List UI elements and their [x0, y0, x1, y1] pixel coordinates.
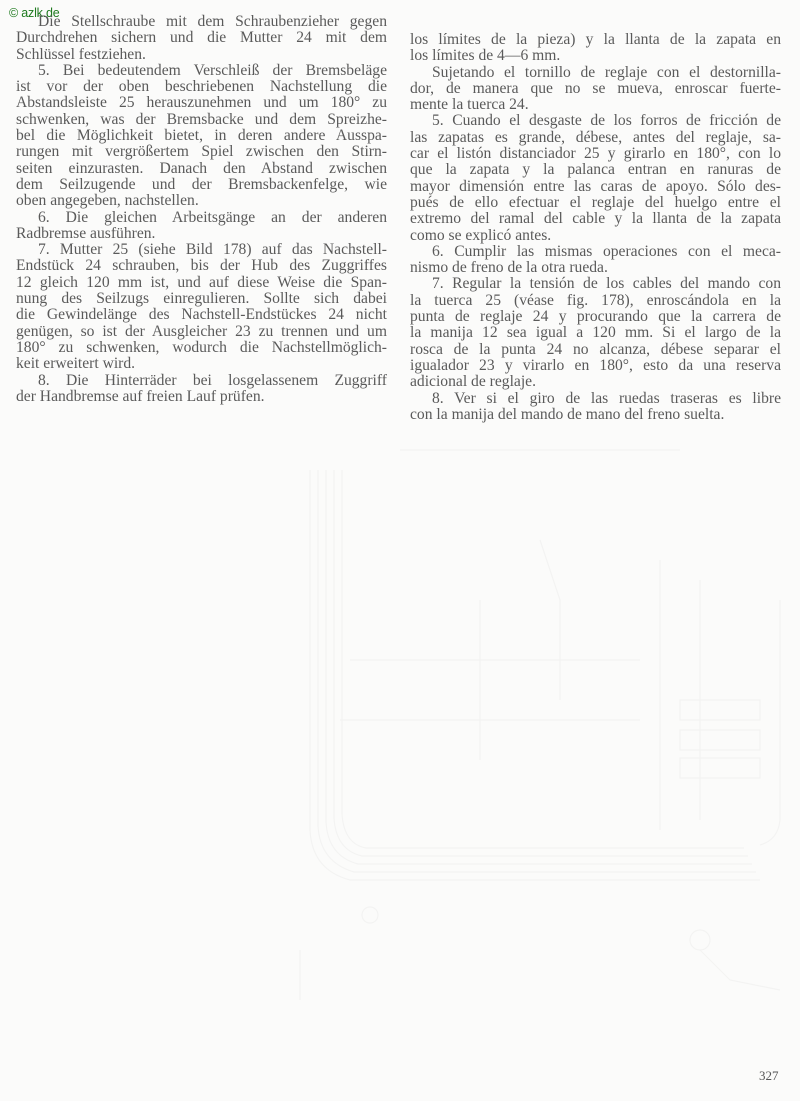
text-line: adicional de reglaje. — [410, 374, 781, 390]
text-line: ist vor der oben beschriebenen Nachstell… — [16, 79, 387, 95]
text-line: mayor dimensión entre las caras de apoyo… — [410, 179, 781, 195]
text-line: schwenken, was der Bremsbacke und dem Sp… — [16, 112, 387, 128]
text-line: Abstandsleiste 25 herauszunehmen und um … — [16, 95, 387, 111]
text-line: la manija 12 sea igual a 120 mm. Si el l… — [410, 325, 781, 341]
text-line: dem Seilzugende und der Bremsbackenfelge… — [16, 177, 387, 193]
text-line: nung des Seilzugs einregulieren. Sollte … — [16, 291, 387, 307]
text-line: los límites de la pieza) y la llanta de … — [410, 32, 781, 48]
text-line: keit erweitert wird. — [16, 356, 387, 372]
text-line: 8. Ver si el giro de las ruedas traseras… — [410, 391, 781, 407]
text-line: 6. Die gleichen Arbeitsgänge an der ande… — [16, 210, 387, 226]
text-line: punta de reglaje 24 y procurando que la … — [410, 309, 781, 325]
text-line: con la manija del mando de mano del fren… — [410, 407, 781, 423]
text-line: rungen mit vergrößertem Spiel zwischen d… — [16, 144, 387, 160]
text-line: pués de ello efectuar el reglaje del hue… — [410, 195, 781, 211]
german-column: Die Stellschraube mit dem Schraubenziehe… — [16, 14, 387, 405]
text-line: dor, de manera que no se mueva, enroscar… — [410, 81, 781, 97]
text-line: la tuerca 25 (véase fig. 178), enroscánd… — [410, 293, 781, 309]
text-line: der Handbremse auf freien Lauf prüfen. — [16, 389, 387, 405]
spanish-column: los límites de la pieza) y la llanta de … — [410, 32, 781, 423]
text-line: las zapatas es grande, débese, antes del… — [410, 130, 781, 146]
text-line: Durchdrehen sichern und die Mutter 24 mi… — [16, 30, 387, 46]
text-line: como se explicó antes. — [410, 228, 781, 244]
text-line: car el listón distanciador 25 y girarlo … — [410, 146, 781, 162]
text-line: seiten einzurasten. Danach den Abstand z… — [16, 161, 387, 177]
text-line: mente la tuerca 24. — [410, 97, 781, 113]
text-line: extremo del ramal del cable y la llanta … — [410, 211, 781, 227]
text-line: que la zapata y la palanca entran en ran… — [410, 162, 781, 178]
text-line: rosca de la punta 24 no alcanza, débese … — [410, 342, 781, 358]
text-line: oben angegeben, nachstellen. — [16, 193, 387, 209]
text-line: genügen, so ist der Ausgleicher 23 zu tr… — [16, 324, 387, 340]
text-line: 180° zu schwenken, wodurch die Nachstell… — [16, 340, 387, 356]
text-line: Sujetando el tornillo de reglaje con el … — [410, 65, 781, 81]
text-line: 12 gleich 120 mm ist, und auf diese Weis… — [16, 275, 387, 291]
text-line: Schlüssel festziehen. — [16, 47, 387, 63]
text-line: bel die Möglichkeit bietet, in deren and… — [16, 128, 387, 144]
text-line: igualador 23 y virarlo en 180°, esto da … — [410, 358, 781, 374]
page-number: 327 — [759, 1068, 779, 1084]
text-line: Endstück 24 schrauben, bis der Hub des Z… — [16, 258, 387, 274]
text-line: Die Stellschraube mit dem Schraubenziehe… — [16, 14, 387, 30]
text-line: 8. Die Hinterräder bei losgelassenem Zug… — [16, 373, 387, 389]
text-line: 5. Cuando el desgaste de los forros de f… — [410, 113, 781, 129]
text-line: nismo de freno de la otra rueda. — [410, 260, 781, 276]
text-line: 7. Regular la tensión de los cables del … — [410, 276, 781, 292]
text-line: die Gewindelänge des Nachstell-Endstücke… — [16, 307, 387, 323]
text-line: los límites de 4—6 mm. — [410, 48, 781, 64]
text-line: 7. Mutter 25 (siehe Bild 178) auf das Na… — [16, 242, 387, 258]
text-line: 6. Cumplir las mismas operaciones con el… — [410, 244, 781, 260]
text-line: 5. Bei bedeutendem Verschleiß der Bremsb… — [16, 63, 387, 79]
text-line: Radbremse ausführen. — [16, 226, 387, 242]
